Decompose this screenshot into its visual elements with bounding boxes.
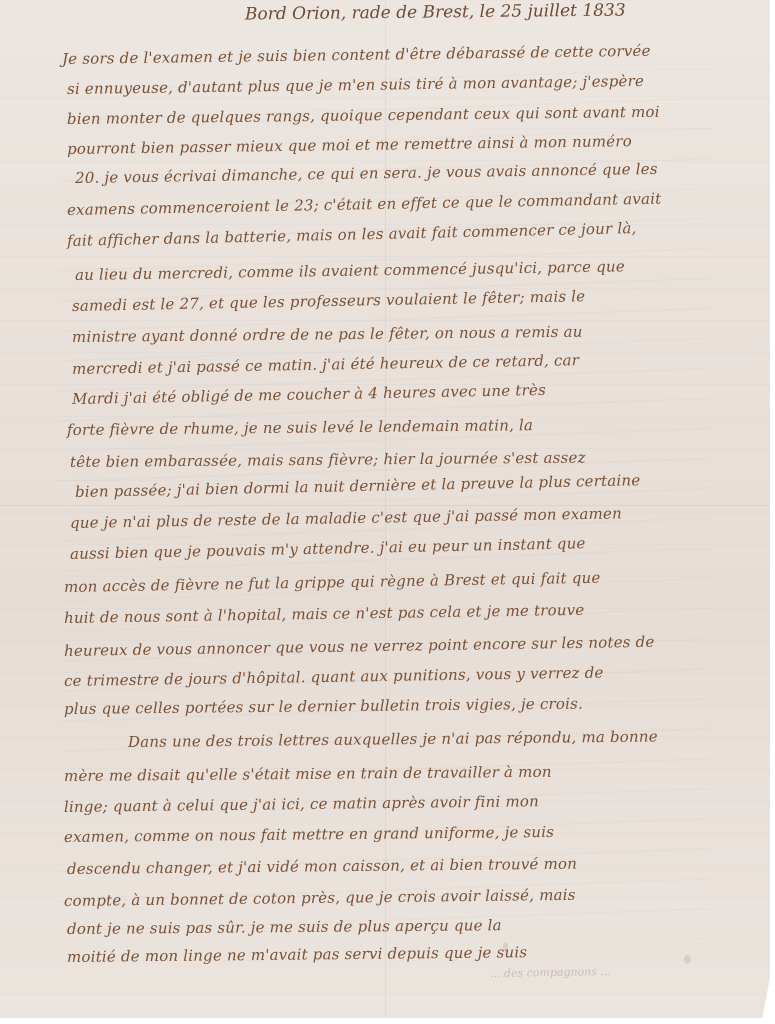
letter-line: bien monter de quelques rangs, quoique c… [67,103,660,128]
ink-stain [684,955,691,964]
letter-line: que je n'ai plus de reste de la maladie … [70,504,622,532]
letter-line: mère me disait qu'elle s'était mise en t… [64,763,552,785]
letter-line: Dans une des trois lettres auxquelles je… [128,727,658,751]
letter-line: tête bien embarassée, mais sans fièvre; … [70,449,586,471]
letter-line: dont je ne suis pas sûr. je me suis de p… [67,916,502,938]
letter-line: linge; quant à celui que j'ai ici, ce ma… [64,792,539,816]
letter-line: ministre ayant donné ordre de ne pas le … [72,323,583,346]
letter-line: mercredi et j'ai passé ce matin. j'ai ét… [72,351,579,378]
letter-line: fait afficher dans la batterie, mais on … [67,219,637,250]
letter-line: heureux de vous annoncer que vous ne ver… [64,633,655,660]
letter-line: aussi bien que je pouvais m'y attendre. … [70,534,586,563]
letter-line: descendu changer, et j'ai vidé mon caiss… [67,855,577,878]
letter-line: bien passée; j'ai bien dormi la nuit der… [75,471,641,501]
horizontal-fold-crease [0,505,770,506]
letter-line: mon accès de fièvre ne fut la grippe qui… [64,569,601,596]
letter-line: 20. je vous écrivai dimanche, ce qui en … [75,160,658,187]
faint-bleed-through-text: ... des compagnons ... [490,965,611,980]
letter-line: samedi est le 27, et que les professeurs… [72,287,586,315]
letter-line: Je sors de l'examen et je suis bien cont… [62,42,651,68]
letter-line: plus que celles portées sur le dernier b… [64,695,583,718]
letter-line: examens commenceroient le 23; c'était en… [67,190,662,219]
letter-line: examen, comme on nous fait mettre en gra… [64,823,554,846]
letter-line: pourront bien passer mieux que moi et me… [67,132,632,158]
letter-line: forte fièvre de rhume, je ne suis levé l… [67,416,533,439]
letter-line: compte, à un bonnet de coton près, que j… [64,886,576,910]
letter-line: au lieu du mercredi, comme ils avaient c… [75,257,625,284]
letter-line: Mardi j'ai été obligé de me coucher à 4 … [72,381,546,408]
letter-line: ce trimestre de jours d'hôpital. quant a… [64,664,604,690]
letter-dateline: Bord Orion, rade de Brest, le 25 juillet… [245,0,715,34]
letter-line: huit de nous sont à l'hopital, mais ce n… [64,601,585,627]
letter-page: Bord Orion, rade de Brest, le 25 juillet… [0,0,770,1018]
letter-line: si ennuyeuse, d'autant plus que je m'en … [67,72,644,98]
letter-line: moitié de mon linge ne m'avait pas servi… [67,943,527,966]
